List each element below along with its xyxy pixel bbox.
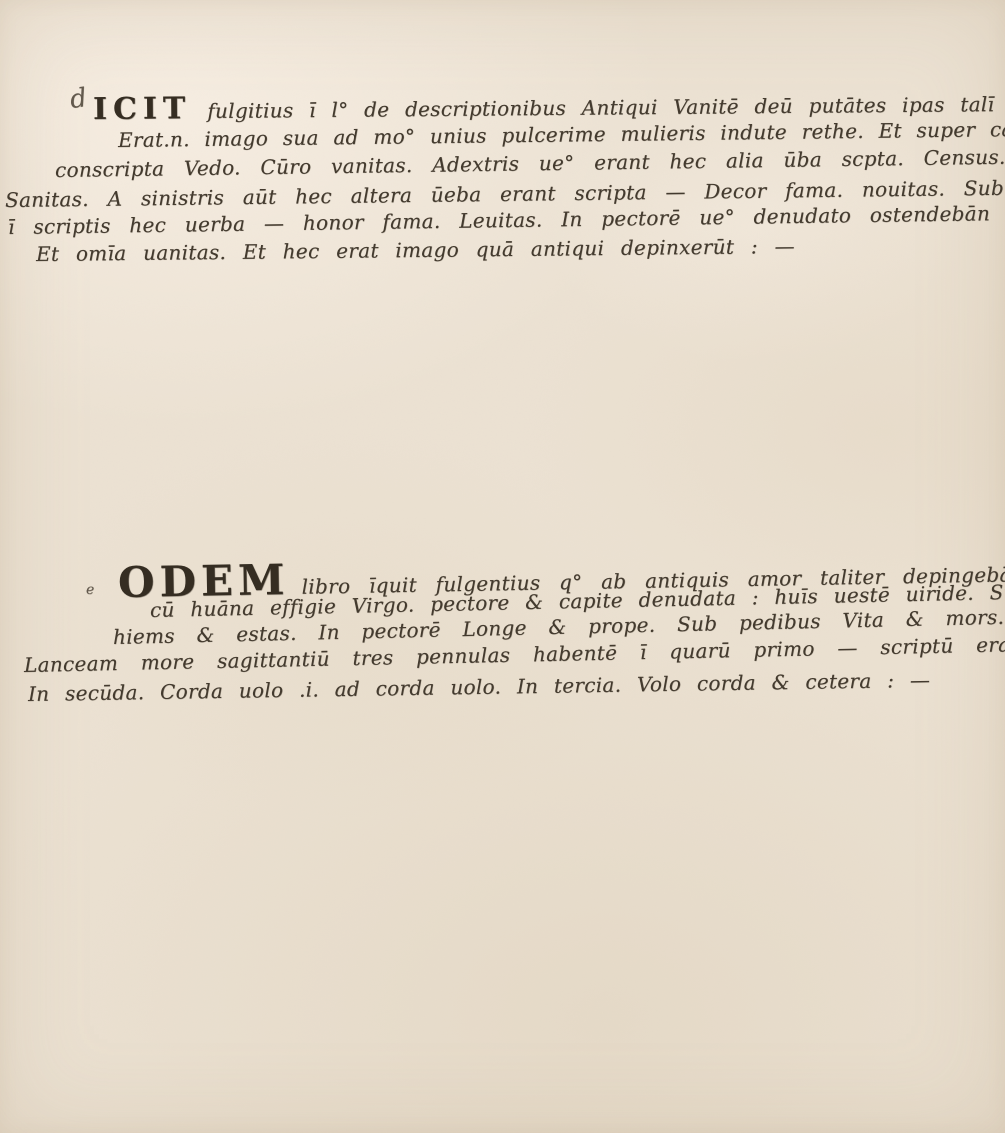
- incipit-capitals-icit: ICIT: [93, 91, 192, 127]
- manuscript-line: Et omīa uanitas. Et hec erat imago quā a…: [36, 234, 795, 266]
- manuscript-page: d ICITfulgitius ī l° de descriptionibus …: [0, 0, 1005, 1133]
- guide-letter-e: e: [86, 582, 94, 598]
- guide-letter-d: d: [68, 83, 89, 115]
